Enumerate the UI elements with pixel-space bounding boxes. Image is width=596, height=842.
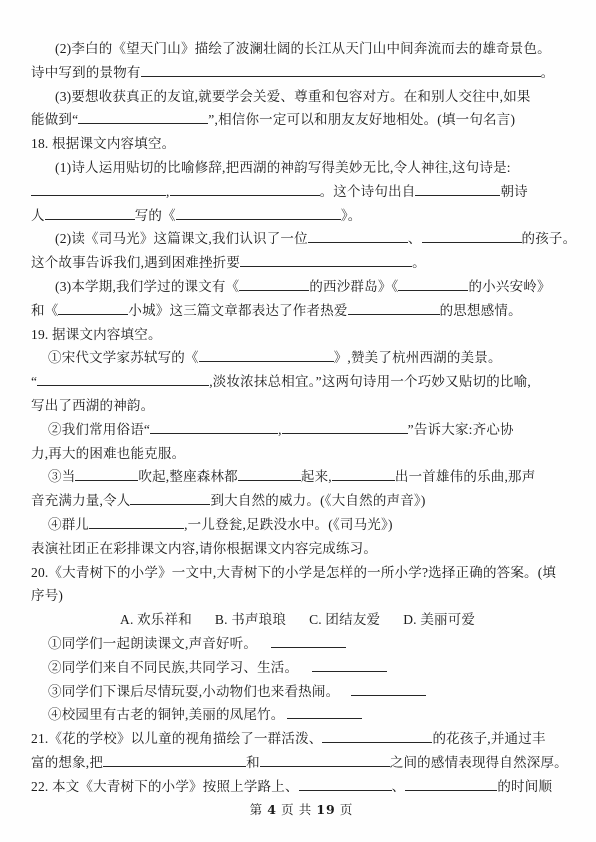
text-run: 这个故事告诉我们,遇到困难挫折要 bbox=[31, 255, 240, 270]
fill-in-blank bbox=[89, 515, 184, 529]
document-line: ③同学们下课后尽情玩耍,小动物们也来看热闹。 bbox=[31, 680, 572, 704]
document-line: ,。这个诗句出自朝诗 bbox=[31, 180, 572, 204]
text-run: 诗中写到的景物有 bbox=[31, 65, 141, 80]
text-run: 力,再大的困难也能克服。 bbox=[31, 446, 185, 461]
spacer bbox=[298, 671, 312, 672]
document-line: ②我们常用俗语“,”告诉大家:齐心协 bbox=[31, 418, 572, 442]
text-run: 写的《 bbox=[135, 208, 176, 223]
text-run: 》,赞美了杭州西湖的美景。 bbox=[334, 350, 502, 365]
document-body: (2)李白的《望天门山》描绘了波澜壮阔的长江从天门山中间奔流而去的雄奇景色。诗中… bbox=[31, 37, 572, 799]
text-run: 的时间顺 bbox=[497, 779, 552, 794]
footer-current-page: 4 bbox=[267, 802, 277, 817]
text-run: 、 bbox=[408, 231, 422, 246]
document-line: ④校园里有古老的铜钟,美丽的凤尾竹。 bbox=[31, 703, 572, 727]
document-line: 诗中写到的景物有。 bbox=[31, 61, 572, 85]
text-run: D. 美丽可爱 bbox=[403, 612, 475, 627]
document-line: 力,再大的困难也能克服。 bbox=[31, 442, 572, 466]
document-line: (1)诗人运用贴切的比喻修辞,把西湖的神韵写得美妙无比,令人神往,这句诗是: bbox=[31, 156, 572, 180]
text-run: 序号) bbox=[31, 588, 63, 603]
document-line: 和《小城》这三篇文章都表达了作者热爱的思想感情。 bbox=[31, 299, 572, 323]
text-run: 吹起,整座森林都 bbox=[138, 469, 237, 484]
fill-in-blank bbox=[260, 753, 390, 767]
fill-in-blank bbox=[75, 467, 138, 481]
document-line: 音充满力量,令人到大自然的威力。(《大自然的声音》) bbox=[31, 489, 572, 513]
text-run: 22. 本文《大青树下的小学》按照上学路上、 bbox=[31, 779, 299, 794]
text-run: 。这个诗句出自 bbox=[320, 184, 416, 199]
fill-in-blank bbox=[405, 777, 497, 791]
document-line: 19. 据课文内容填空。 bbox=[31, 323, 572, 347]
fill-in-blank bbox=[239, 277, 309, 291]
fill-in-blank bbox=[170, 182, 320, 196]
footer-label-middle: 页 共 bbox=[277, 803, 316, 817]
text-run: ④校园里有古老的铜钟,美丽的凤尾竹。 bbox=[48, 707, 284, 722]
text-run: 音充满力量,令人 bbox=[31, 493, 130, 508]
fill-in-blank bbox=[31, 182, 166, 196]
fill-in-blank bbox=[271, 634, 346, 648]
text-run: 能做到“ bbox=[31, 112, 78, 127]
text-run: 的西沙群岛》《 bbox=[309, 279, 398, 294]
page-footer: 第 4 页 共 19 页 bbox=[31, 799, 572, 821]
document-line: (2)读《司马光》这篇课文,我们认识了一位、的孩子。 bbox=[31, 227, 572, 251]
fill-in-blank bbox=[398, 277, 468, 291]
text-run: 的花孩子,并通过丰 bbox=[432, 731, 545, 746]
text-run: 20.《大青树下的小学》一文中,大青树下的小学是怎样的一所小学?选择正确的答案。… bbox=[31, 565, 556, 580]
text-run: 到大自然的威力。(《大自然的声音》) bbox=[210, 493, 425, 508]
document-line: 20.《大青树下的小学》一文中,大青树下的小学是怎样的一所小学?选择正确的答案。… bbox=[31, 561, 572, 585]
spacer bbox=[257, 647, 271, 648]
test-paper-page: (2)李白的《望天门山》描绘了波澜壮阔的长江从天门山中间奔流而去的雄奇景色。诗中… bbox=[0, 0, 596, 842]
text-run: 小城》这三篇文章都表达了作者热爱 bbox=[128, 303, 347, 318]
document-line: ②同学们来自不同民族,共同学习、生活。 bbox=[31, 656, 572, 680]
text-run: ④群儿 bbox=[48, 517, 89, 532]
spacer bbox=[339, 695, 351, 696]
document-line: ①同学们一起朗读课文,声音好听。 bbox=[31, 632, 572, 656]
text-run: 写出了西湖的神韵。 bbox=[31, 398, 154, 413]
text-run: (3)要想收获真正的友谊,就要学会关爱、尊重和包容对方。在和别人交往中,如果 bbox=[55, 89, 531, 104]
fill-in-blank bbox=[415, 182, 500, 196]
text-run: 的孩子。 bbox=[522, 231, 577, 246]
fill-in-blank bbox=[58, 301, 128, 315]
text-run: ,淡妆浓抹总相宜。”这两句诗用一个巧妙又贴切的比喻, bbox=[209, 374, 531, 389]
fill-in-blank bbox=[282, 420, 408, 434]
document-line: 能做到“”,相信你一定可以和朋友友好地相处。(填一句名言) bbox=[31, 108, 572, 132]
text-run: 出一首雄伟的乐曲,那声 bbox=[395, 469, 536, 484]
document-line: 表演社团正在彩排课文内容,请你根据课文内容完成练习。 bbox=[31, 537, 572, 561]
text-run: 。 bbox=[541, 65, 555, 80]
text-run: (2)读《司马光》这篇课文,我们认识了一位 bbox=[55, 231, 308, 246]
fill-in-blank bbox=[322, 729, 432, 743]
document-line: ④群儿,一儿登瓮,足跌没水中。(《司马光》) bbox=[31, 513, 572, 537]
fill-in-blank bbox=[348, 301, 440, 315]
fill-in-blank bbox=[312, 658, 387, 672]
text-run: 人 bbox=[31, 208, 45, 223]
document-line: 序号) bbox=[31, 584, 572, 608]
text-run: 21.《花的学校》以儿童的视角描绘了一群活泼、 bbox=[31, 731, 322, 746]
text-run: ”告诉大家:齐心协 bbox=[408, 422, 514, 437]
text-run: (3)本学期,我们学过的课文有《 bbox=[55, 279, 239, 294]
fill-in-blank bbox=[150, 420, 278, 434]
document-line: 22. 本文《大青树下的小学》按照上学路上、、的时间顺 bbox=[31, 775, 572, 799]
fill-in-blank bbox=[130, 491, 210, 505]
footer-label-prefix: 第 bbox=[250, 803, 268, 817]
text-run: 、 bbox=[392, 779, 406, 794]
text-run: 和 bbox=[246, 755, 260, 770]
text-run: 富的想象,把 bbox=[31, 755, 103, 770]
text-run: C. 团结友爱 bbox=[309, 612, 380, 627]
spacer bbox=[380, 623, 403, 624]
fill-in-blank bbox=[45, 206, 135, 220]
text-run: A. 欢乐祥和 bbox=[120, 612, 192, 627]
spacer bbox=[286, 623, 309, 624]
footer-total-pages: 19 bbox=[316, 802, 335, 817]
footer-label-suffix: 页 bbox=[336, 803, 354, 817]
fill-in-blank bbox=[176, 206, 341, 220]
document-line: “,淡妆浓抹总相宜。”这两句诗用一个巧妙又贴切的比喻, bbox=[31, 370, 572, 394]
fill-in-blank bbox=[422, 229, 522, 243]
document-line: (3)要想收获真正的友谊,就要学会关爱、尊重和包容对方。在和别人交往中,如果 bbox=[31, 85, 572, 109]
text-run: ③当 bbox=[48, 469, 75, 484]
document-line: 21.《花的学校》以儿童的视角描绘了一群活泼、的花孩子,并通过丰 bbox=[31, 727, 572, 751]
fill-in-blank bbox=[351, 682, 426, 696]
document-line: 这个故事告诉我们,遇到困难挫折要。 bbox=[31, 251, 572, 275]
document-line: A. 欢乐祥和B. 书声琅琅C. 团结友爱D. 美丽可爱 bbox=[31, 608, 572, 632]
document-line: 人写的《》。 bbox=[31, 204, 572, 228]
document-line: ③当吹起,整座森林都起来,出一首雄伟的乐曲,那声 bbox=[31, 465, 572, 489]
document-line: (3)本学期,我们学过的课文有《的西沙群岛》《的小兴安岭》 bbox=[31, 275, 572, 299]
fill-in-blank bbox=[103, 753, 246, 767]
text-run: ①宋代文学家苏轼写的《 bbox=[48, 350, 199, 365]
document-line: (2)李白的《望天门山》描绘了波澜壮阔的长江从天门山中间奔流而去的雄奇景色。 bbox=[31, 37, 572, 61]
text-run: 18. 根据课文内容填空。 bbox=[31, 136, 175, 151]
text-run: (1)诗人运用贴切的比喻修辞,把西湖的神韵写得美妙无比,令人神往,这句诗是: bbox=[55, 160, 511, 175]
fill-in-blank bbox=[141, 63, 541, 77]
text-run: 之间的感情表现得自然深厚。 bbox=[390, 755, 568, 770]
text-run: 的思想感情。 bbox=[440, 303, 522, 318]
text-run: ,一儿登瓮,足跌没水中。(《司马光》) bbox=[184, 517, 393, 532]
text-run: 起来, bbox=[301, 469, 332, 484]
fill-in-blank bbox=[37, 372, 209, 386]
text-run: 》。 bbox=[341, 208, 362, 223]
text-run: 朝诗 bbox=[500, 184, 527, 199]
document-line: ①宋代文学家苏轼写的《》,赞美了杭州西湖的美景。 bbox=[31, 346, 572, 370]
text-run: 表演社团正在彩排课文内容,请你根据课文内容完成练习。 bbox=[31, 541, 377, 556]
fill-in-blank bbox=[299, 777, 392, 791]
text-run: 和《 bbox=[31, 303, 58, 318]
text-run: ②我们常用俗语“ bbox=[48, 422, 150, 437]
fill-in-blank bbox=[287, 705, 362, 719]
fill-in-blank bbox=[238, 467, 301, 481]
document-line: 富的想象,把和之间的感情表现得自然深厚。 bbox=[31, 751, 572, 775]
text-run: ③同学们下课后尽情玩耍,小动物们也来看热闹。 bbox=[48, 684, 339, 699]
text-run: 的小兴安岭》 bbox=[468, 279, 550, 294]
spacer bbox=[192, 623, 215, 624]
text-run: ①同学们一起朗读课文,声音好听。 bbox=[48, 636, 257, 651]
fill-in-blank bbox=[199, 348, 334, 362]
fill-in-blank bbox=[78, 110, 208, 124]
text-run: (2)李白的《望天门山》描绘了波澜壮阔的长江从天门山中间奔流而去的雄奇景色。 bbox=[55, 41, 551, 56]
document-line: 18. 根据课文内容填空。 bbox=[31, 132, 572, 156]
document-line: 写出了西湖的神韵。 bbox=[31, 394, 572, 418]
text-run: 19. 据课文内容填空。 bbox=[31, 327, 162, 342]
fill-in-blank bbox=[240, 253, 412, 267]
text-run: B. 书声琅琅 bbox=[215, 612, 286, 627]
fill-in-blank bbox=[332, 467, 395, 481]
text-run: 。 bbox=[412, 255, 426, 270]
text-run: ②同学们来自不同民族,共同学习、生活。 bbox=[48, 660, 298, 675]
text-run: ”,相信你一定可以和朋友友好地相处。(填一句名言) bbox=[208, 112, 515, 127]
fill-in-blank bbox=[308, 229, 408, 243]
